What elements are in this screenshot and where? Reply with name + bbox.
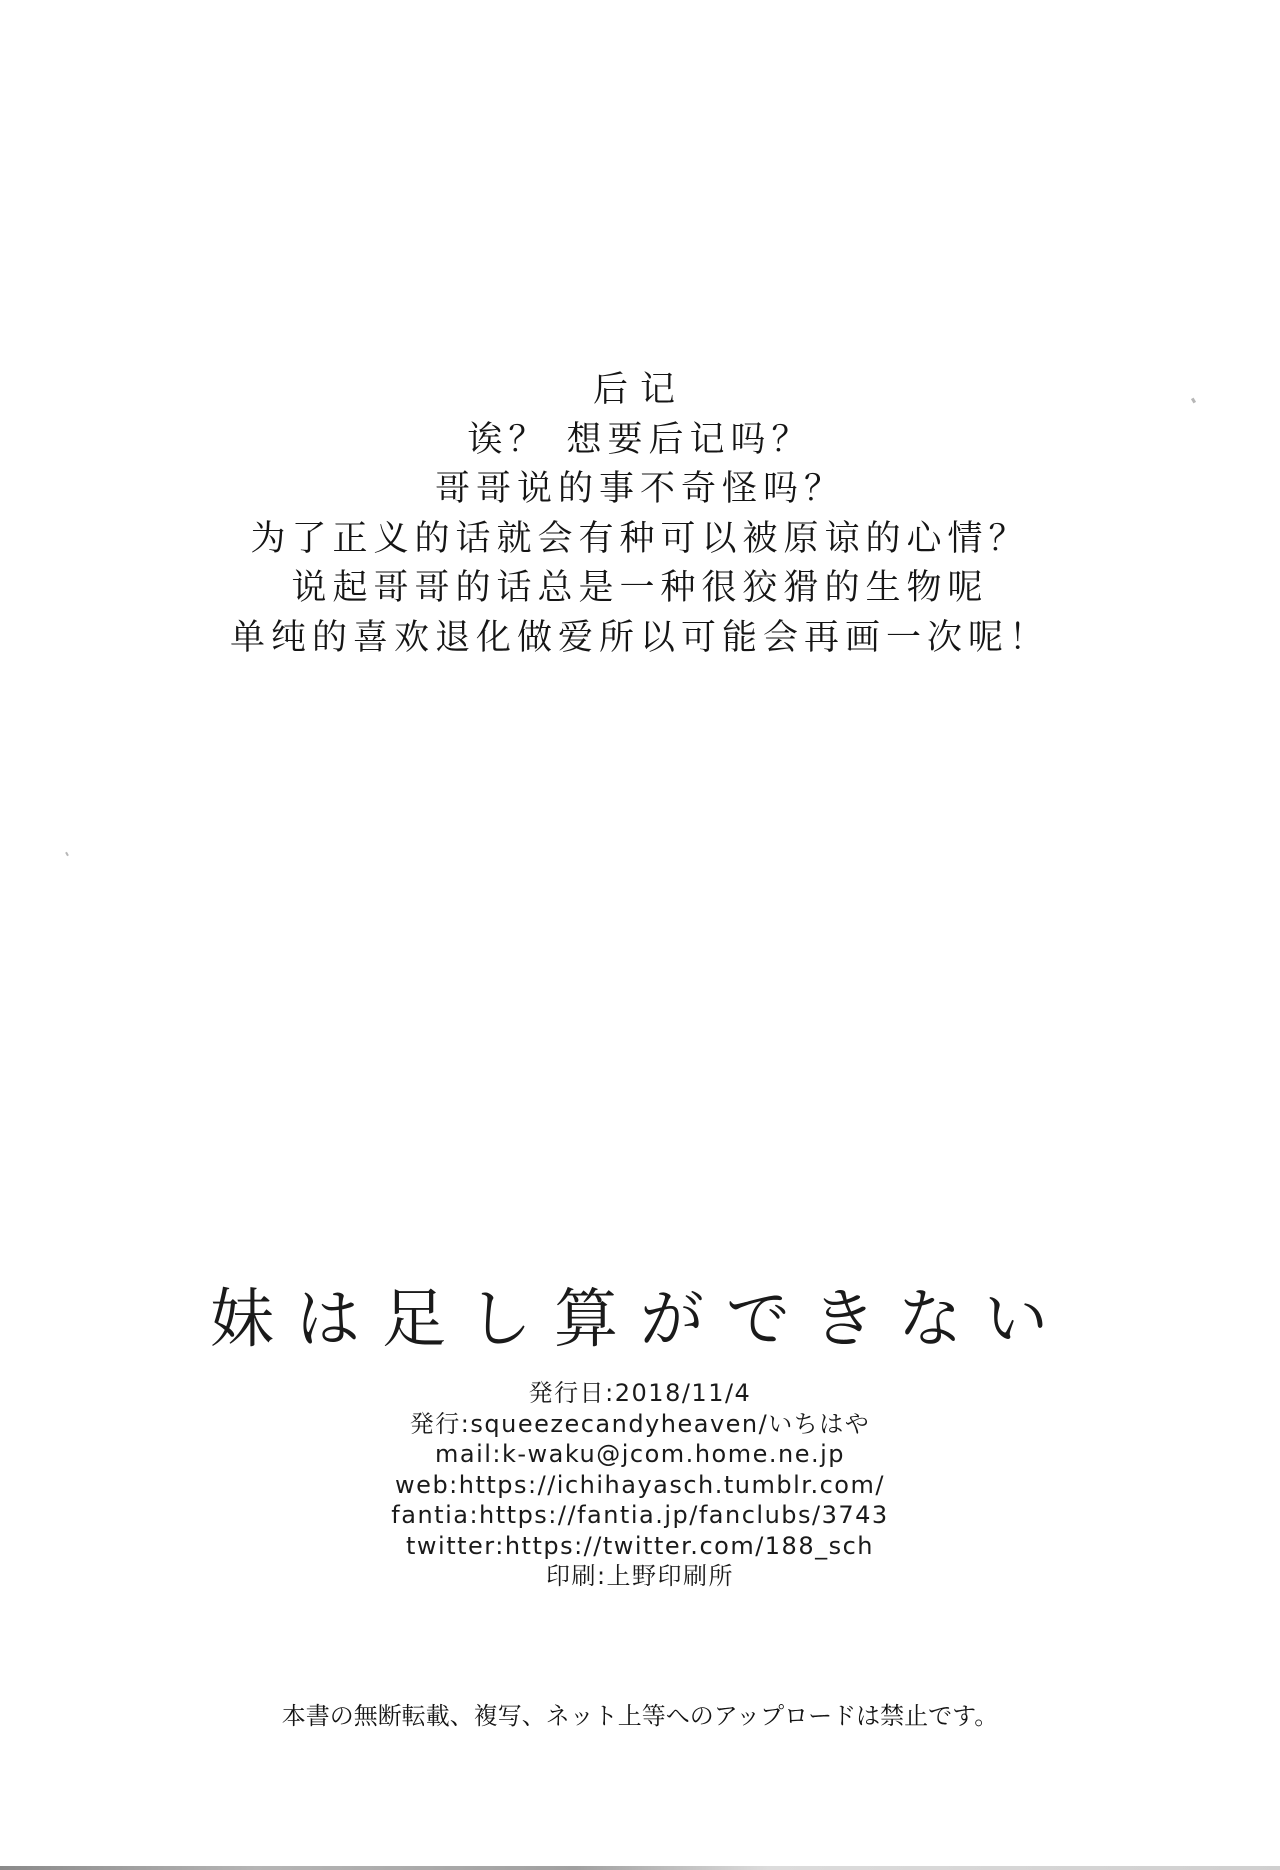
publisher: 発行:squeezecandyheaven/いちはや — [0, 1409, 1280, 1440]
afterword-line: 为了正义的话就会有种可以被原谅的心情？ — [0, 515, 1280, 565]
copyright-notice: 本書の無断転載、複写、ネット上等へのアップロードは禁止です。 — [0, 1696, 1280, 1731]
book-title: 妹は足し算ができない — [0, 1268, 1280, 1360]
afterword-line: 哥哥说的事不奇怪吗？ — [0, 465, 1280, 515]
scan-speck — [65, 852, 69, 856]
afterword-heading: 后记 — [0, 366, 1280, 416]
afterword-section: 后记 诶？ 想要后记吗？ 哥哥说的事不奇怪吗？ 为了正义的话就会有种可以被原谅的… — [0, 366, 1280, 663]
afterword-line: 说起哥哥的话总是一种很狡猾的生物呢 — [0, 564, 1280, 614]
afterword-line: 单纯的喜欢退化做爱所以可能会再画一次呢！ — [0, 614, 1280, 664]
publish-date: 発行日:2018/11/4 — [0, 1378, 1280, 1409]
twitter-link: twitter:https://twitter.com/188_sch — [0, 1531, 1280, 1562]
fantia-link: fantia:https://fantia.jp/fanclubs/3743 — [0, 1500, 1280, 1531]
afterword-line: 诶？ 想要后记吗？ — [0, 416, 1280, 466]
website: web:https://ichihayasch.tumblr.com/ — [0, 1470, 1280, 1501]
printer: 印刷:上野印刷所 — [0, 1561, 1280, 1592]
scan-edge — [0, 1866, 1280, 1870]
contact-mail: mail:k-waku@jcom.home.ne.jp — [0, 1439, 1280, 1470]
colophon: 発行日:2018/11/4 発行:squeezecandyheaven/いちはや… — [0, 1378, 1280, 1592]
